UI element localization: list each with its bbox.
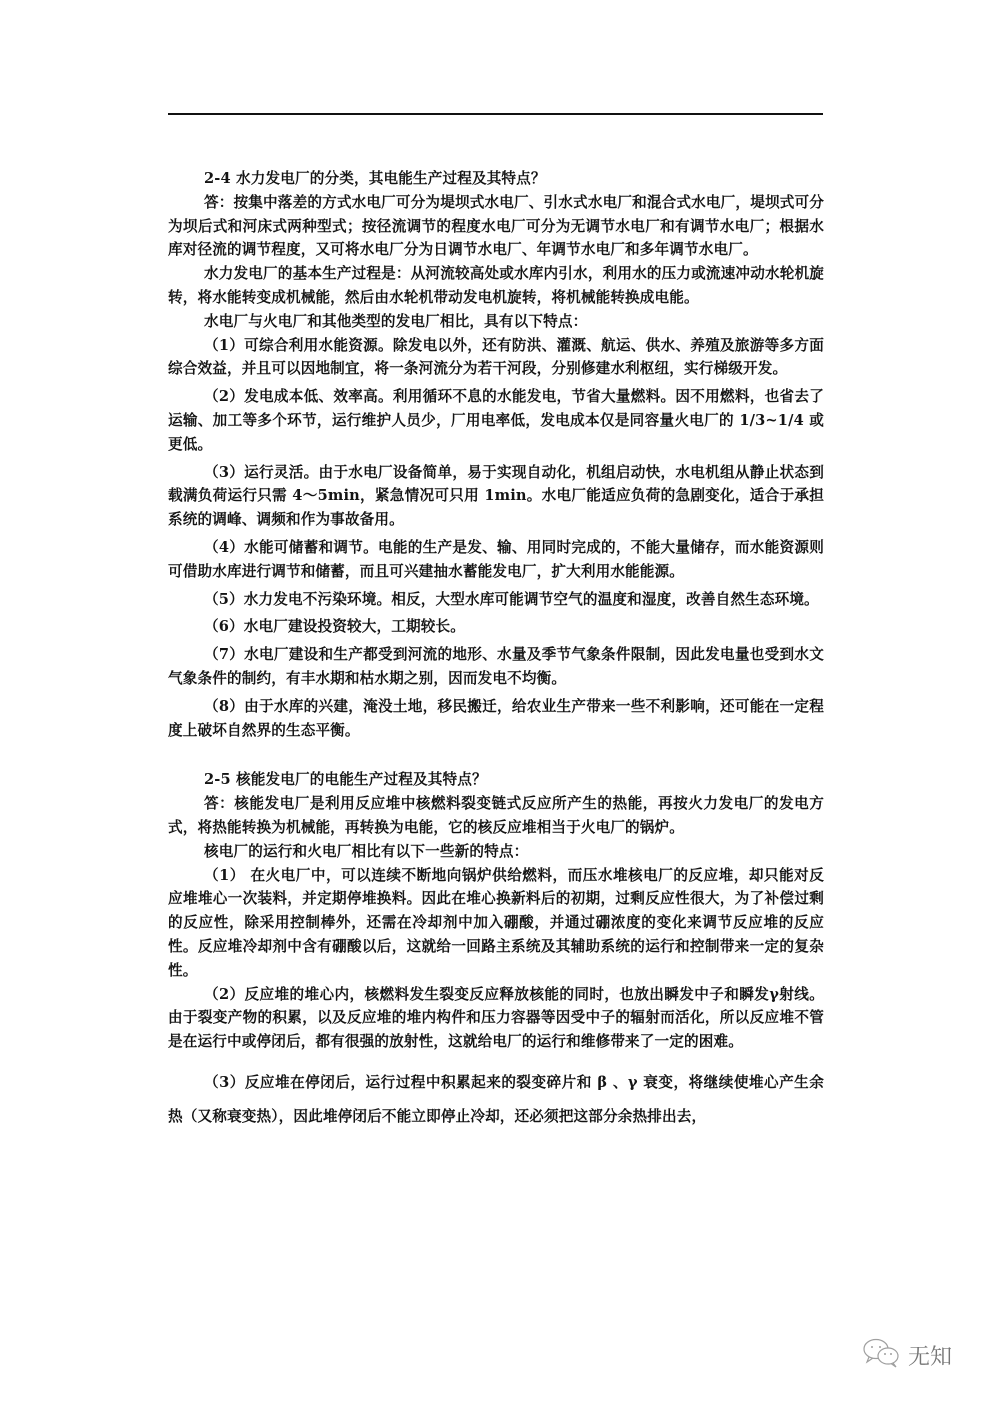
paragraph: 水电厂与火电厂和其他类型的发电厂相比，具有以下特点： — [168, 310, 824, 334]
section-heading-2-5: 2-5 核能发电厂的电能生产过程及其特点？ — [168, 768, 824, 792]
list-item: （1）可综合利用水能资源。除发电以外，还有防洪、灌溉、航运、供水、养殖及旅游等多… — [168, 334, 824, 382]
list-item: （2）发电成本低、效率高。利用循环不息的水能发电，节省大量燃料。因不用燃料，也省… — [168, 385, 824, 456]
list-item: （8）由于水库的兴建，淹没土地，移民搬迁，给农业生产带来一些不利影响，还可能在一… — [168, 695, 824, 743]
header-rule — [168, 113, 823, 115]
list-item: （3）运行灵活。由于水电厂设备简单，易于实现自动化，机组启动快，水电机组从静止状… — [168, 461, 824, 532]
watermark-text: 无知 — [908, 1340, 952, 1371]
section-heading-2-4: 2-4 水力发电厂的分类，其电能生产过程及其特点？ — [168, 167, 824, 191]
list-item: （6）水电厂建设投资较大，工期较长。 — [168, 615, 824, 639]
paragraph: 水力发电厂的基本生产过程是：从河流较高处或水库内引水，利用水的压力或流速冲动水轮… — [168, 262, 824, 310]
paragraph: 核电厂的运行和火电厂相比有以下一些新的特点： — [168, 840, 824, 864]
list-item: （7）水电厂建设和生产都受到河流的地形、水量及季节气象条件限制，因此发电量也受到… — [168, 643, 824, 691]
wechat-icon — [862, 1338, 902, 1372]
list-item: （1） 在火电厂中，可以连续不断地向锅炉供给燃料，而压水堆核电厂的反应堆，却只能… — [168, 864, 824, 983]
list-item: （4）水能可储蓄和调节。电能的生产是发、输、用同时完成的，不能大量储存，而水能资… — [168, 536, 824, 584]
list-item: （5）水力发电不污染环境。相反，大型水库可能调节空气的温度和湿度，改善自然生态环… — [168, 588, 824, 612]
list-item: （2）反应堆的堆心内，核燃料发生裂变反应释放核能的同时，也放出瞬发中子和瞬发γ射… — [168, 983, 824, 1054]
document-page: 2-4 水力发电厂的分类，其电能生产过程及其特点？ 答：按集中落差的方式水电厂可… — [0, 0, 992, 1403]
paragraph: 答：按集中落差的方式水电厂可分为堤坝式水电厂、引水式水电厂和混合式水电厂，堤坝式… — [168, 191, 824, 262]
document-body: 2-4 水力发电厂的分类，其电能生产过程及其特点？ 答：按集中落差的方式水电厂可… — [168, 167, 824, 1134]
paragraph: 答：核能发电厂是利用反应堆中核燃料裂变链式反应所产生的热能，再按火力发电厂的发电… — [168, 792, 824, 840]
list-item: （3）反应堆在停闭后，运行过程中积累起来的裂变碎片和 β 、γ 衰变，将继续使堆… — [168, 1066, 824, 1134]
watermark: 无知 — [862, 1338, 952, 1372]
